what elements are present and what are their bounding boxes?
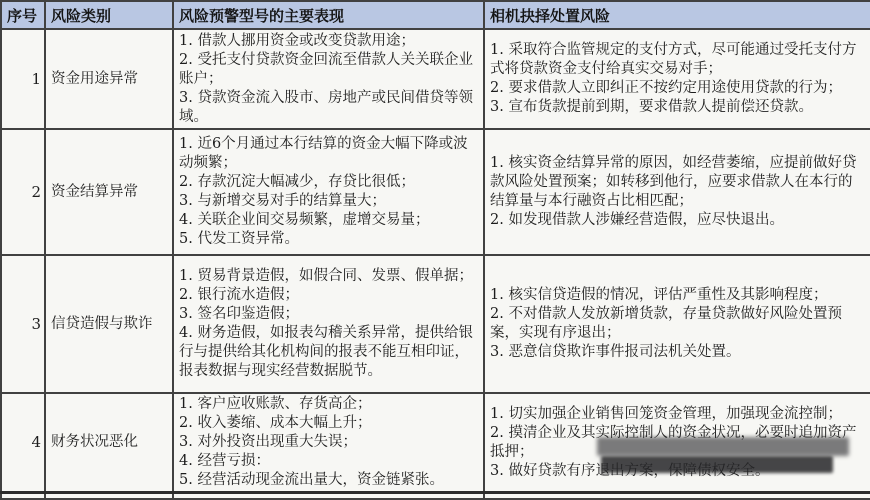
risk-category: 资金结算异常	[45, 129, 173, 255]
row-number: 1	[1, 29, 45, 129]
row-number: 4	[1, 393, 45, 493]
row-number: 3	[1, 255, 45, 393]
risk-category: 信贷造假与欺诈	[45, 255, 173, 393]
table-row: 4 财务状况恶化 1. 客户应收账款、存货高企； 2. 收入萎缩、成本大幅上升；…	[1, 393, 870, 493]
header-actions: 相机抉择处置风险	[484, 1, 870, 29]
table-row: 3 信贷造假与欺诈 1. 贸易背景造假，如假合同、发票、假单据； 2. 银行流水…	[1, 255, 870, 393]
header-category: 风险类别	[45, 1, 173, 29]
table-row: 1 资金用途异常 1. 借款人挪用资金或改变贷款用途； 2. 受托支付贷款资金回…	[1, 29, 870, 129]
risk-actions: 1. 采取符合监管规定的支付方式，尽可能通过受托支付方式将贷款资金支付给真实交易…	[484, 29, 870, 129]
risk-signals: 1. 近6个月通过本行结算的资金大幅下降或波动频繁； 2. 存款沉淀大幅减少，存…	[173, 129, 484, 255]
risk-signals: 1. 贸易背景造假，如假合同、发票、假单据； 2. 银行流水造假； 3. 签名印…	[173, 255, 484, 393]
risk-actions: 1. 核实资金结算异常的原因，如经营萎缩，应提前做好贷款风险处置预案；如转移到他…	[484, 129, 870, 255]
header-seq: 序号	[1, 1, 45, 29]
risk-category: 资金用途异常	[45, 29, 173, 129]
risk-category: 财务状况恶化	[45, 393, 173, 493]
table-row: 2 资金结算异常 1. 近6个月通过本行结算的资金大幅下降或波动频繁； 2. 存…	[1, 129, 870, 255]
risk-table: 序号 风险类别 风险预警型号的主要表现 相机抉择处置风险 1 资金用途异常 1.…	[0, 0, 870, 500]
header-row: 序号 风险类别 风险预警型号的主要表现 相机抉择处置风险	[1, 1, 870, 29]
row-number: 2	[1, 129, 45, 255]
risk-actions: 1. 切实加强企业销售回笼资金管理，加强现金流控制； 2. 摸清企业及其实际控制…	[484, 393, 870, 493]
header-signals: 风险预警型号的主要表现	[173, 1, 484, 29]
risk-signals: 1. 客户应收账款、存货高企； 2. 收入萎缩、成本大幅上升； 3. 对外投资出…	[173, 393, 484, 493]
partial-next-row	[1, 493, 870, 500]
risk-actions: 1. 核实信贷造假的情况，评估严重性及其影响程度； 2. 不对借款人发放新增货款…	[484, 255, 870, 393]
risk-table-screenshot: 序号 风险类别 风险预警型号的主要表现 相机抉择处置风险 1 资金用途异常 1.…	[0, 0, 870, 500]
risk-signals: 1. 借款人挪用资金或改变贷款用途； 2. 受托支付贷款资金回流至借款人关关联企…	[173, 29, 484, 129]
